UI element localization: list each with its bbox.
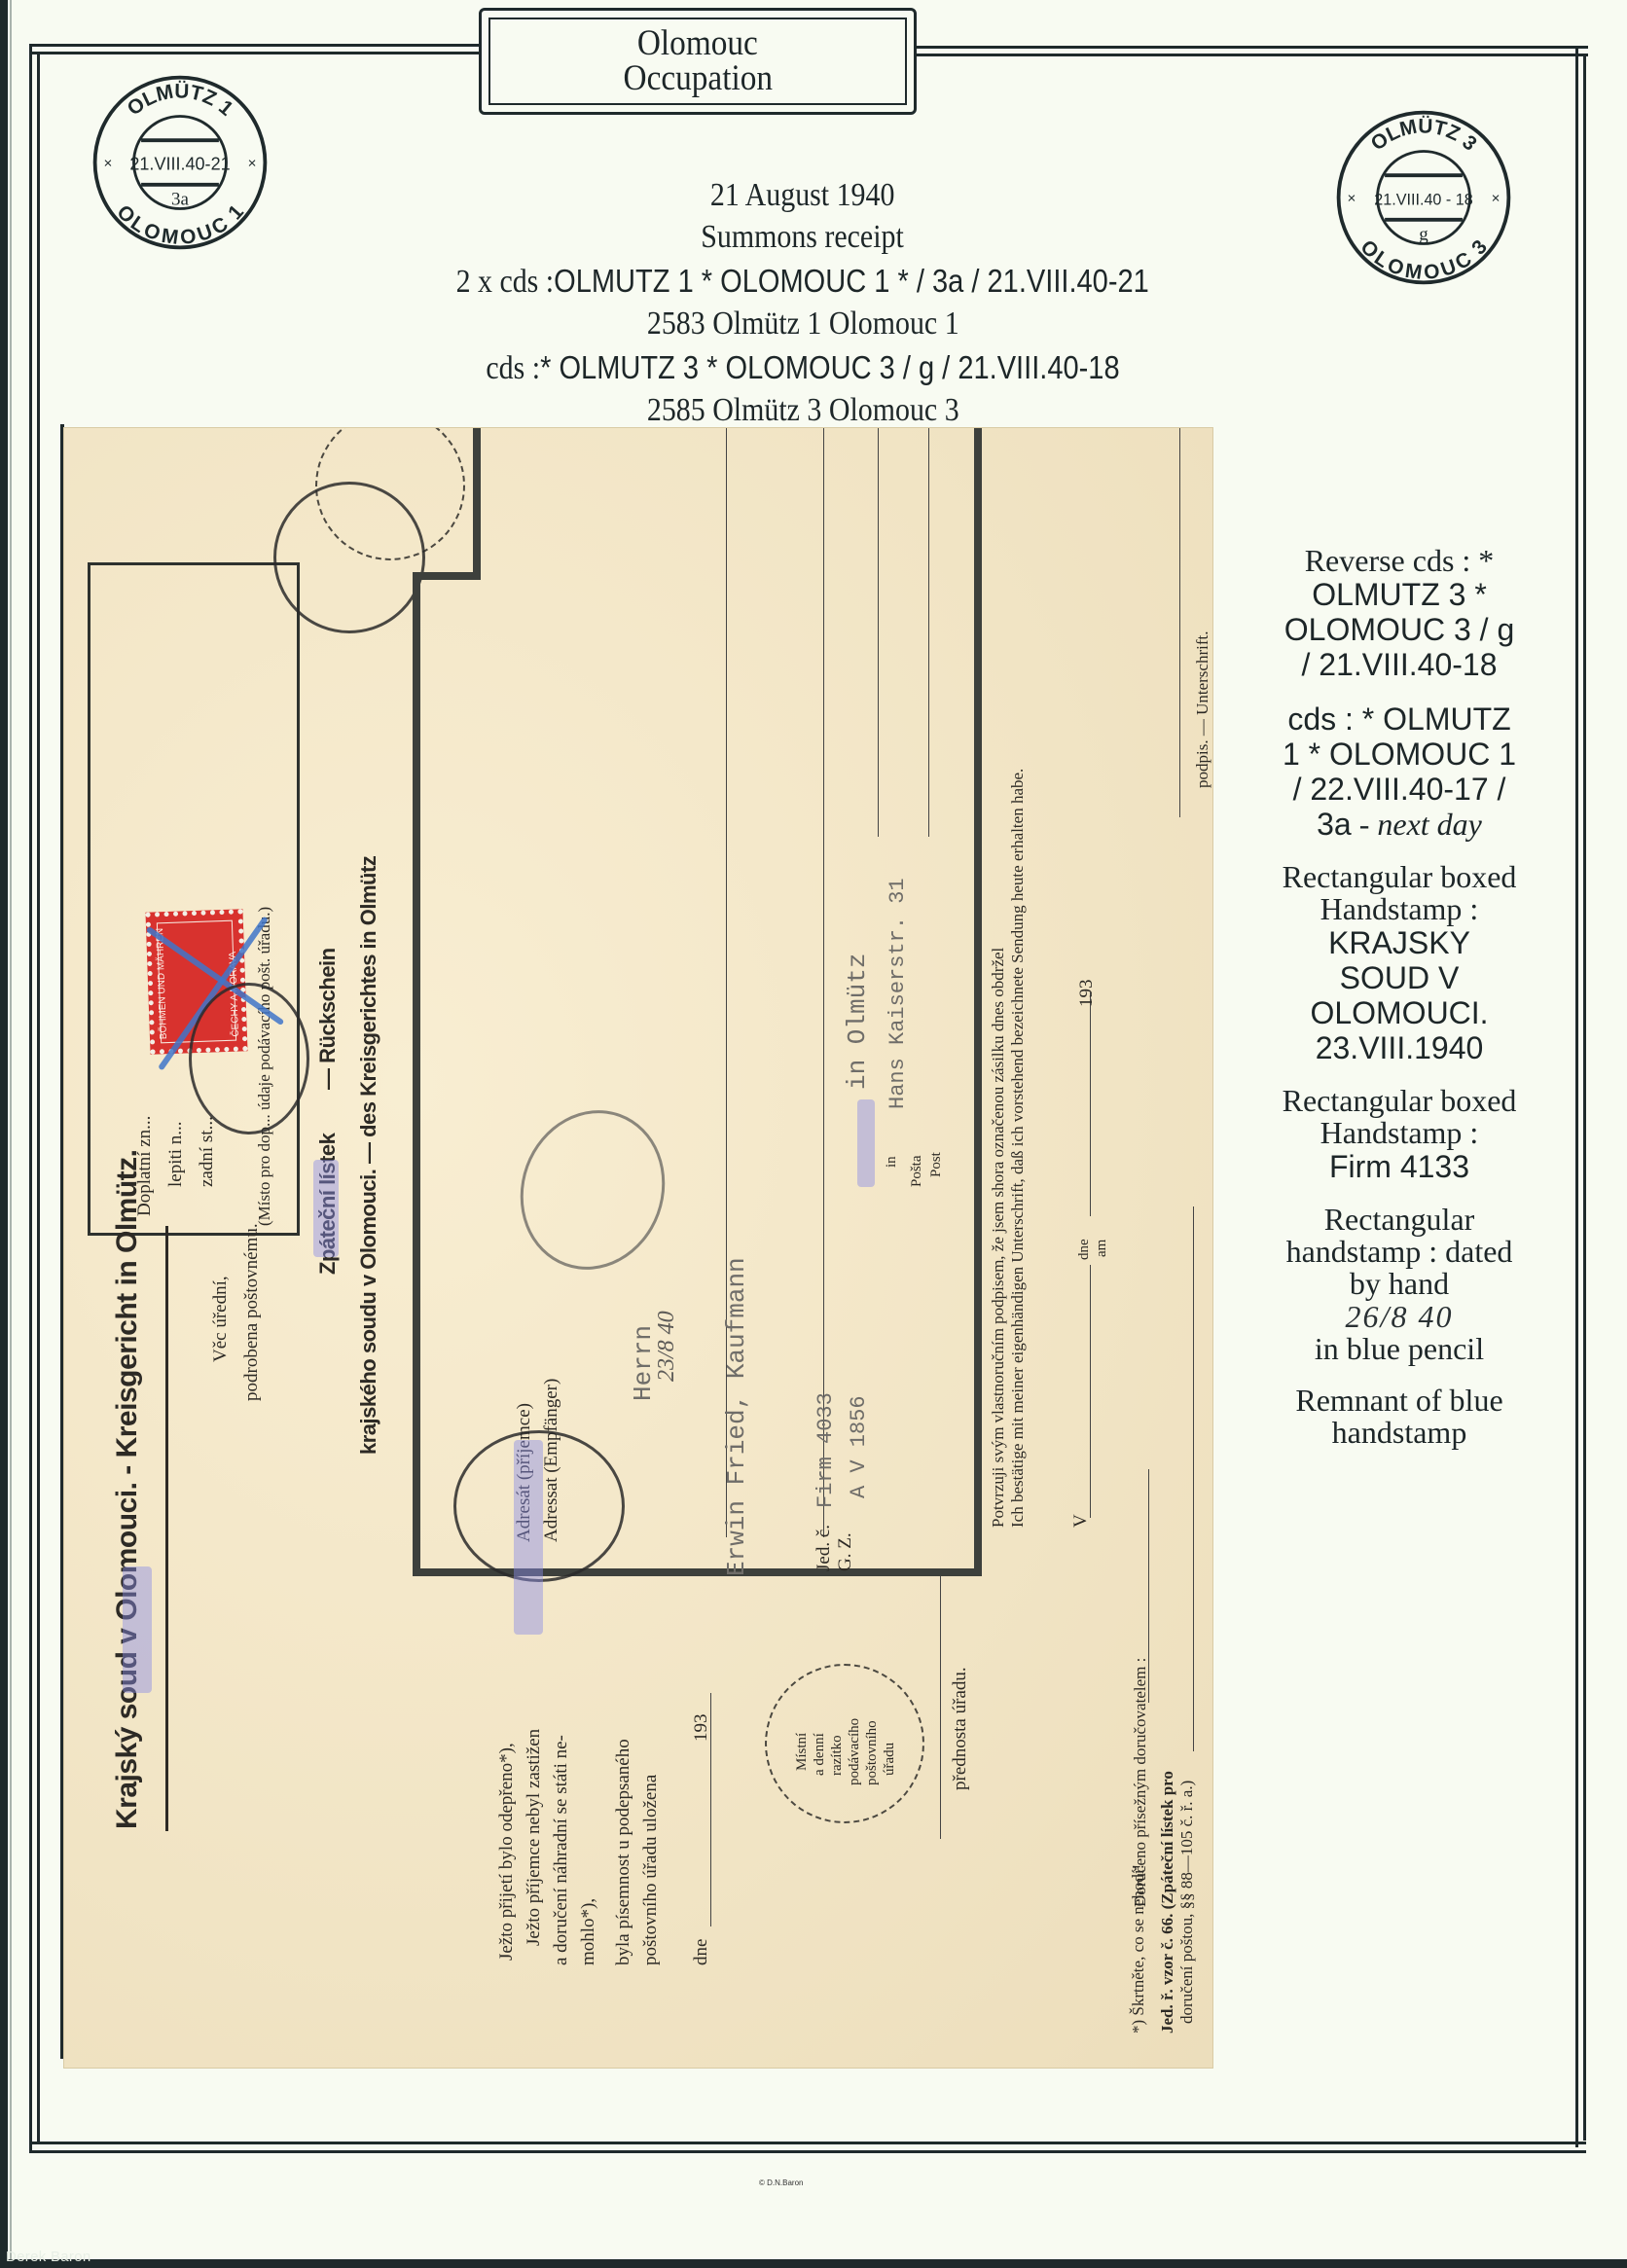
confirm-cz: Potvrzuji svým vlastnoručním podpisem, ž…	[989, 948, 1008, 1528]
circle-text-3: razítko	[829, 1735, 846, 1776]
svg-text:×: ×	[1492, 191, 1500, 207]
postmark-left-code: 3a	[171, 190, 190, 210]
postmark-left-date: 21.VIII.40-21	[129, 155, 230, 174]
footnote: *) Škrtněte, co se nehodí!	[1129, 1864, 1148, 2034]
refusal-date-line	[710, 1693, 711, 1926]
ref-label-1: Jed. č.	[813, 1525, 835, 1571]
postmark-olmutz-1: OLMÜTZ 1 OLOMOUC 1 21.VIII.40-21 3a × ×	[88, 70, 272, 255]
page-title: Olomouc	[637, 26, 758, 61]
ref-value-2: A V 1856	[847, 1395, 871, 1498]
signature-label: podpis. — Unterschrift.	[1193, 631, 1212, 788]
left-border-inner	[37, 52, 40, 2143]
address-rule-3	[878, 428, 879, 837]
desc-type: Summons receipt	[702, 220, 905, 255]
left-border-outer	[29, 44, 32, 2150]
desc-line5-main: * OLMUTZ 3 * OLOMOUC 3 / g / 21.VIII.40-…	[540, 349, 1120, 385]
note-boxed-firm: Rectangular boxed Handstamp : Firm 4133	[1228, 1085, 1571, 1184]
date-dne: dne	[1076, 1239, 1093, 1260]
page-frame-left	[0, 0, 8, 2268]
refusal-dne: dne	[691, 1939, 712, 1965]
pencil-date: 23/8 40	[654, 1311, 680, 1382]
pencil-mark-large	[498, 1090, 687, 1290]
desc-date: 21 August 1940	[710, 178, 895, 213]
addressee-name: Erwin Fried, Kaufmann	[722, 1257, 751, 1576]
address-rule-2	[823, 428, 824, 1537]
postage-box-line3: zadní st...	[197, 1116, 218, 1187]
page-frame-left-inner	[10, 0, 12, 2268]
page-title-box: Olomouc Occupation	[479, 8, 917, 115]
summons-receipt-document: Doplatní zn... lepiti n... zadní st... (…	[64, 428, 1212, 2068]
refusal-line6: poštovního úřadu uložena	[640, 1775, 662, 1965]
address-rule-4	[928, 428, 929, 837]
top-border-outer-right	[917, 46, 1588, 49]
description-block: 21 August 1940 Summons receipt 2 x cds :…	[292, 178, 1314, 435]
postmark-right-code: g	[1419, 225, 1428, 245]
place-line	[1090, 1265, 1091, 1518]
desc-line3-prefix: 2 x cds :	[456, 265, 555, 300]
postmark-right-date: 21.VIII.40 - 18	[1374, 192, 1472, 209]
date-am: am	[1094, 1240, 1110, 1257]
refusal-line5: byla písemnost u podepsaného	[613, 1739, 634, 1965]
circle-text-4: podávacího	[847, 1718, 863, 1785]
blue-smear-title	[313, 1160, 339, 1257]
vec-line2: podrobena poštovnému.	[241, 1223, 263, 1401]
right-border-inner	[1583, 54, 1586, 2141]
desc-line4: 2583 Olmütz 1 Olomouc 1	[647, 306, 959, 342]
court-header: Krajský soud v Olomouci. - Kreisgericht …	[111, 1150, 144, 1830]
notes-column: Reverse cds : * OLMUTZ 3 * OLOMOUC 3 / g…	[1228, 545, 1571, 1468]
in-label: in	[884, 1156, 900, 1168]
postmark-olmutz-3-on-doc	[273, 482, 425, 633]
refusal-line2: Ježto příjemce nebyl zastižen	[524, 1729, 545, 1946]
address-box-left	[413, 572, 420, 1574]
ref-value-1: Firm 4033	[813, 1392, 838, 1508]
refusal-year: 193	[691, 1714, 712, 1743]
note-boxed-krajsky: Rectangular boxed Handstamp : KRAJSKY SO…	[1228, 861, 1571, 1065]
desc-line3-main: OLMUTZ 1 * OLOMOUC 1 * / 3a / 21.VIII.40…	[554, 263, 1149, 299]
right-border-outer	[1575, 46, 1578, 2147]
note-reverse-cds: Reverse cds : * OLMUTZ 3 * OLOMOUC 3 / g…	[1228, 545, 1571, 682]
svg-text:×: ×	[103, 156, 112, 172]
circle-text-6: úřadu	[882, 1743, 898, 1776]
author-signature: Derek Baron	[6, 2249, 91, 2265]
delivered-line	[1148, 1469, 1149, 1703]
page-subtitle: Occupation	[623, 61, 772, 96]
address-box-right	[974, 428, 982, 1576]
blue-smear-header	[123, 1566, 152, 1693]
place-v: V	[1070, 1514, 1092, 1528]
date-line	[1090, 992, 1091, 1216]
blue-smear-address	[857, 1099, 875, 1187]
refusal-line3: a doručení náhradní se státi ne-	[551, 1735, 572, 1965]
bottom-border-inner	[29, 2150, 1586, 2153]
post-label-de: Post	[928, 1152, 945, 1177]
confirm-de: Ich bestätige mit meiner eigenhändigen U…	[1008, 769, 1028, 1528]
top-border-inner-right	[917, 54, 1588, 56]
vec-line1: Věc úřední,	[210, 1276, 232, 1362]
postmark-on-stamp	[189, 983, 309, 1134]
note-rect-dated: Rectangular handstamp : dated by hand 26…	[1228, 1204, 1571, 1365]
circle-text-2: a denní	[812, 1733, 828, 1776]
form-ref-2: doručení poštou, §§ 88—105 č. ř. a.)	[1177, 1781, 1197, 2024]
top-border-inner	[29, 52, 479, 54]
ref-label-2: G. Z.	[835, 1532, 856, 1571]
desc-line5-prefix: cds :	[486, 351, 540, 386]
page-frame-bottom	[0, 2259, 1627, 2268]
prednosta-label: přednosta úřadu.	[950, 1667, 971, 1790]
refusal-line4: mohlo*),	[578, 1898, 599, 1965]
address-box-notch-h	[413, 572, 481, 580]
receipt-subtitle: krajského soudu v Olomouci. — des Kreisg…	[356, 856, 381, 1455]
svg-text:×: ×	[1347, 191, 1356, 207]
postmark-olmutz-3: OLMÜTZ 3 OLOMOUC 3 21.VIII.40 - 18 g × ×	[1331, 105, 1516, 290]
handwritten-date: 26/8 40	[1228, 1300, 1571, 1333]
signature-line	[1179, 428, 1180, 817]
header-underline	[165, 1226, 168, 1831]
circle-text-1: Místní	[794, 1733, 811, 1771]
delivered-line-2	[1193, 1206, 1194, 1751]
note-cds-next-day: cds : * OLMUTZ 1 * OLOMOUC 1 / 22.VIII.4…	[1228, 702, 1571, 842]
prednosta-line	[940, 1576, 941, 1839]
bottom-border-outer	[29, 2142, 1586, 2144]
svg-text:×: ×	[248, 156, 257, 172]
top-border-outer	[29, 44, 479, 47]
circle-text-5: poštovního	[864, 1720, 881, 1785]
copyright: © D.N.Baron	[759, 2178, 803, 2187]
blue-smear-krajskeho	[514, 1440, 543, 1635]
address-box-notch-v	[473, 428, 481, 579]
post-value: Hans Kaiserstr. 31	[886, 878, 910, 1109]
refusal-line1: Ježto přijetí bylo odepřeno*),	[496, 1743, 518, 1961]
post-label-cz: Pošta	[909, 1155, 925, 1187]
receipt-title-de: — Rückschein	[315, 948, 341, 1090]
desc-line6: 2585 Olmütz 3 Olomouc 3	[647, 393, 959, 428]
addressee-city: in Olmütz	[843, 954, 872, 1090]
date-year: 193	[1076, 980, 1098, 1008]
note-remnant: Remnant of blue handstamp	[1228, 1385, 1571, 1449]
form-ref-1: Jed. ř. vzor č. 66. (Zpáteční lístek pro	[1158, 1771, 1177, 2034]
postage-box-line2: lepiti n...	[165, 1121, 187, 1187]
